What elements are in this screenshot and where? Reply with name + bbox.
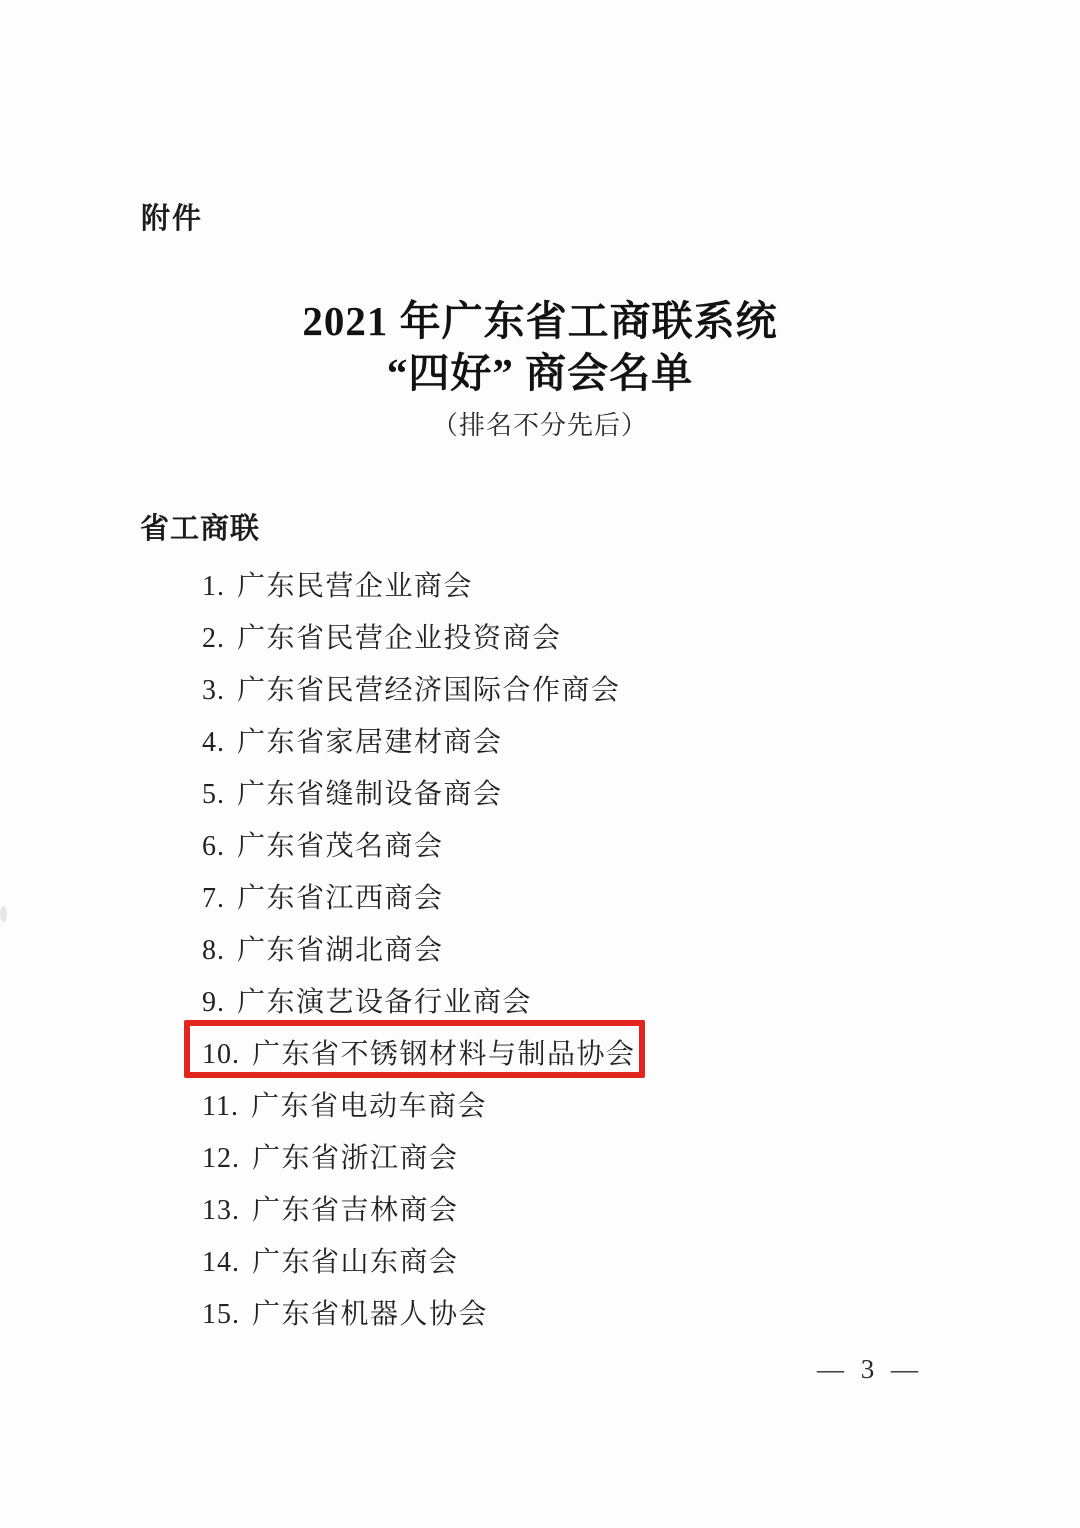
list-item-text: 广东省民营经济国际合作商会 [237,675,621,706]
list-item-text: 广东省湖北商会 [237,935,444,966]
list-item-text: 广东省吉林商会 [252,1195,459,1226]
list-item-number: 6. [202,831,225,863]
list-item: 9.广东演艺设备行业商会 [202,987,532,1021]
list-item-number: 9. [202,987,225,1019]
list-item-text: 广东民营企业商会 [237,571,473,602]
list-item-number: 11. [202,1091,239,1123]
list-item-text: 广东省民营企业投资商会 [237,623,562,654]
list-item: 5.广东省缝制设备商会 [202,779,503,813]
chamber-list: 1.广东民营企业商会 2.广东省民营企业投资商会 3.广东省民营经济国际合作商会… [0,0,1080,1528]
list-item: 1.广东民营企业商会 [202,571,473,605]
list-item-number: 2. [202,623,225,655]
list-item: 6.广东省茂名商会 [202,831,444,865]
list-item-text: 广东省浙江商会 [252,1143,459,1174]
list-item-number: 5. [202,779,225,811]
list-item-text: 广东省不锈钢材料与制品协会 [252,1039,636,1070]
list-item-text: 广东省山东商会 [252,1247,459,1278]
list-item: 10.广东省不锈钢材料与制品协会 [202,1039,636,1073]
list-item-number: 1. [202,571,225,603]
list-item-text: 广东省茂名商会 [237,831,444,862]
page-number: — 3 — [760,1354,975,1384]
list-item-number: 13. [202,1195,240,1227]
list-item: 7.广东省江西商会 [202,883,444,917]
document-page: 附件 2021 年广东省工商联系统 “四好” 商会名单 （排名不分先后） 省工商… [0,0,1080,1528]
list-item: 15.广东省机器人协会 [202,1299,488,1333]
list-item: 2.广东省民营企业投资商会 [202,623,562,657]
list-item-number: 10. [202,1039,240,1071]
list-item-text: 广东省江西商会 [237,883,444,914]
list-item-text: 广东省电动车商会 [251,1091,487,1122]
list-item-number: 3. [202,675,225,707]
list-item: 13.广东省吉林商会 [202,1195,459,1229]
list-item-number: 8. [202,935,225,967]
list-item-number: 14. [202,1247,240,1279]
list-item-text: 广东省缝制设备商会 [237,779,503,810]
list-item: 11.广东省电动车商会 [202,1091,487,1125]
list-item-text: 广东省机器人协会 [252,1299,488,1330]
list-item-number: 12. [202,1143,240,1175]
list-item: 12.广东省浙江商会 [202,1143,459,1177]
list-item: 3.广东省民营经济国际合作商会 [202,675,621,709]
list-item: 14.广东省山东商会 [202,1247,459,1281]
list-item-text: 广东演艺设备行业商会 [237,987,532,1018]
list-item-number: 4. [202,727,225,759]
list-item-number: 7. [202,883,225,915]
list-item: 4.广东省家居建材商会 [202,727,503,761]
list-item: 8.广东省湖北商会 [202,935,444,969]
scan-smudge-artifact [0,906,7,922]
list-item-number: 15. [202,1299,240,1331]
list-item-text: 广东省家居建材商会 [237,727,503,758]
